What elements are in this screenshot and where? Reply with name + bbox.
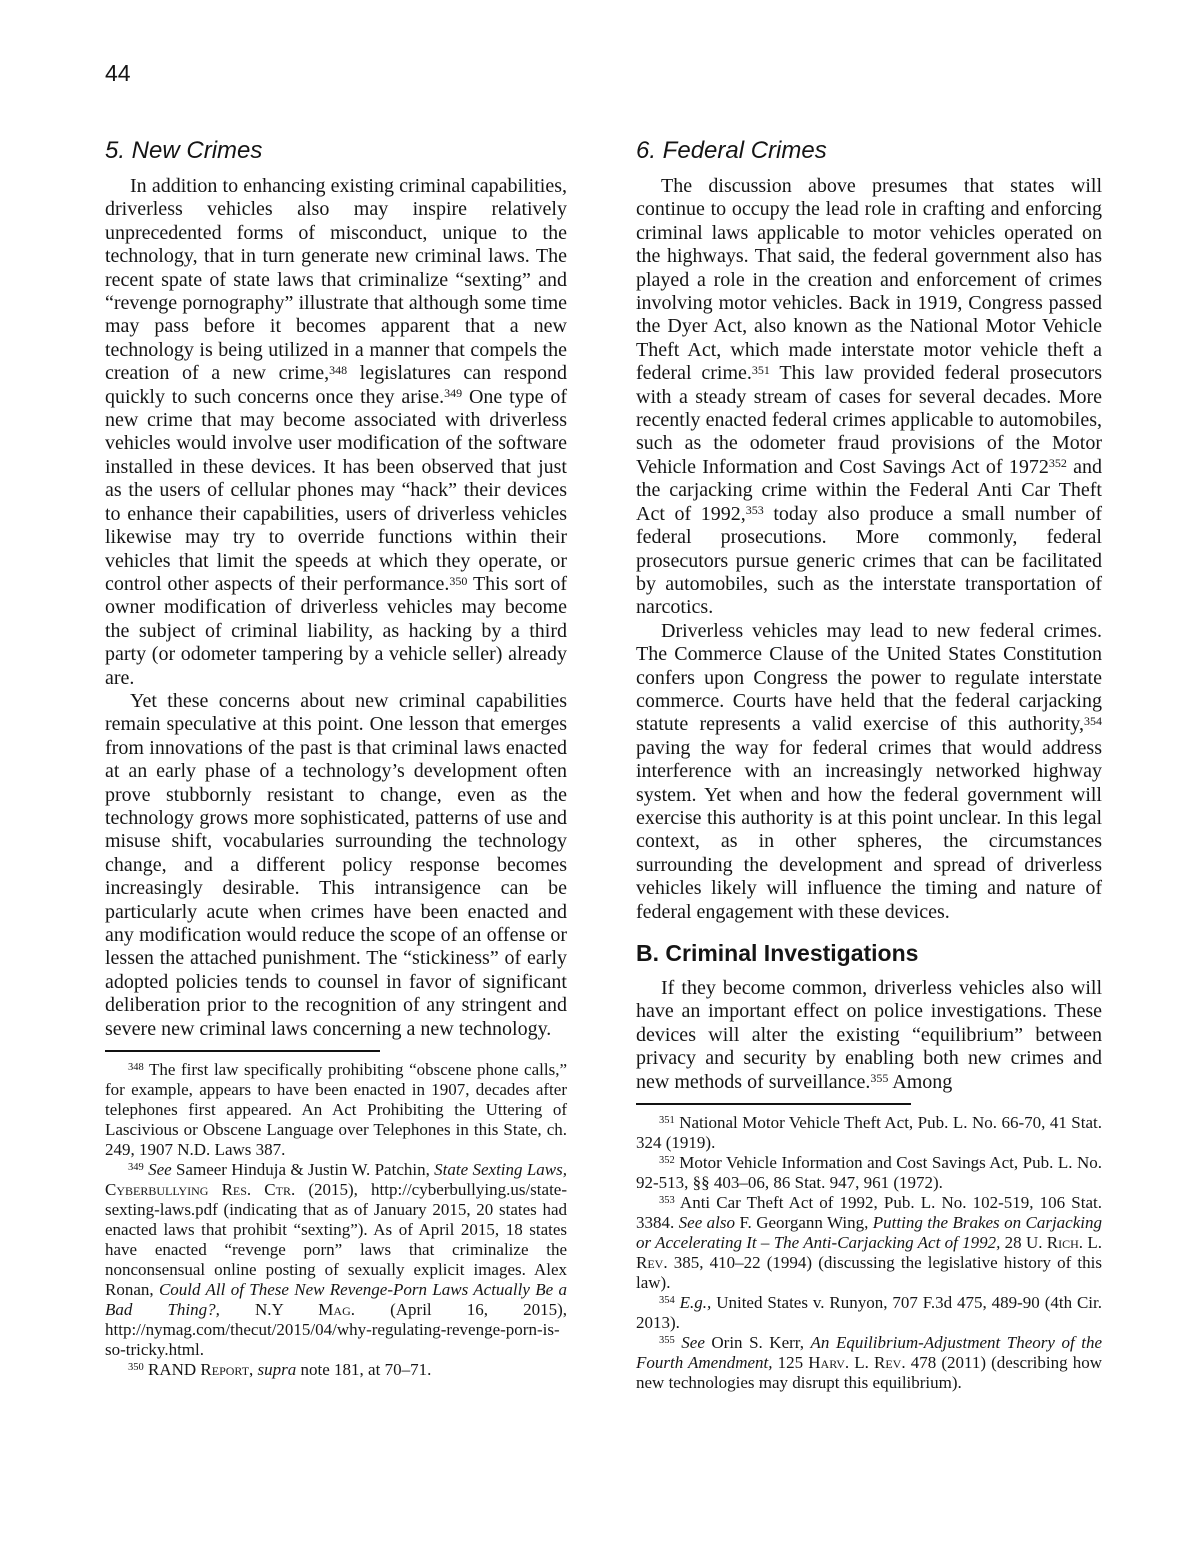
text-run: Yet these concerns about new criminal ca…: [105, 690, 567, 1040]
footnote-marker: 350: [449, 574, 467, 588]
text-run: RAND Report: [148, 1360, 249, 1379]
text-run: Rich.: [1047, 1233, 1083, 1252]
text-run: Rev.: [874, 1353, 906, 1372]
document-page: 44 5. New CrimesIn addition to enhancing…: [0, 0, 1200, 1552]
paragraph: If they become common, driverless vehicl…: [636, 977, 1102, 1094]
text-run: Rev.: [636, 1253, 668, 1272]
footnote: 349 See Sameer Hinduja & Justin W. Patch…: [105, 1160, 567, 1360]
text-run: Mag.: [318, 1300, 355, 1319]
footnote-separator-rule: [105, 1050, 380, 1052]
text-run: E.g.,: [680, 1293, 712, 1312]
text-run: If they become common, driverless vehicl…: [636, 977, 1102, 1093]
text-run: Harv.: [808, 1353, 849, 1372]
footnote-marker: 350: [128, 1362, 144, 1373]
footnote: 352 Motor Vehicle Information and Cost S…: [636, 1153, 1102, 1193]
text-run: F. Georgann Wing,: [735, 1213, 873, 1232]
text-run: Orin S. Kerr,: [705, 1333, 811, 1352]
page-number: 44: [105, 60, 131, 87]
footnote-marker: 354: [659, 1295, 675, 1306]
subsection-heading: 5. New Crimes: [105, 138, 567, 164]
footnote-marker: 353: [659, 1195, 675, 1206]
text-run: In addition to enhancing existing crimin…: [105, 175, 567, 384]
section-heading: B. Criminal Investigations: [636, 941, 1102, 966]
text-run: 28 U.: [1000, 1233, 1046, 1252]
text-run: 6. Federal Crimes: [636, 137, 827, 164]
text-run: 5. New Crimes: [105, 137, 262, 164]
footnote: 354 E.g., United States v. Runyon, 707 F…: [636, 1293, 1102, 1333]
text-run: The first law specifically prohibiting “…: [105, 1060, 567, 1159]
footnote: 348 The first law specifically prohibiti…: [105, 1060, 567, 1160]
footnote-marker: 351: [752, 363, 770, 377]
text-run: supra: [258, 1360, 297, 1379]
left-column: 5. New CrimesIn addition to enhancing ex…: [105, 138, 567, 1380]
footnote: 350 RAND Report, supra note 181, at 70–7…: [105, 1360, 567, 1380]
text-run: Driverless vehicles may lead to new fede…: [636, 620, 1102, 736]
footnote-marker: 352: [1049, 456, 1067, 470]
text-run: 125: [773, 1353, 809, 1372]
text-run: Among: [888, 1071, 952, 1093]
text-run: The discussion above presumes that state…: [636, 175, 1102, 384]
footnote-marker: 354: [1084, 714, 1102, 728]
text-run: See: [681, 1333, 705, 1352]
text-run: Sameer Hinduja & Justin W. Patchin,: [172, 1160, 435, 1179]
text-run: L.: [1083, 1233, 1102, 1252]
footnote-marker: 349: [128, 1162, 144, 1173]
footnote: 351 National Motor Vehicle Theft Act, Pu…: [636, 1113, 1102, 1153]
text-run: National Motor Vehicle Theft Act, Pub. L…: [636, 1113, 1102, 1152]
footnote: 353 Anti Car Theft Act of 1992, Pub. L. …: [636, 1193, 1102, 1293]
footnote-marker: 351: [659, 1115, 675, 1126]
text-run: N.Y: [220, 1300, 318, 1319]
text-run: Cyberbullying Res. Ctr.: [105, 1180, 295, 1199]
footnote-marker: 352: [659, 1155, 675, 1166]
paragraph: The discussion above presumes that state…: [636, 175, 1102, 620]
text-run: See: [148, 1160, 172, 1179]
text-run: note 181, at 70–71.: [296, 1360, 431, 1379]
paragraph: In addition to enhancing existing crimin…: [105, 175, 567, 690]
right-column: 6. Federal CrimesThe discussion above pr…: [636, 138, 1102, 1393]
text-run: One type of new crime that may become as…: [105, 386, 567, 595]
text-run: Motor Vehicle Information and Cost Savin…: [636, 1153, 1102, 1192]
footnote-marker: 348: [329, 363, 347, 377]
footnote: 355 See Orin S. Kerr, An Equilibrium-Adj…: [636, 1333, 1102, 1393]
text-run: See also: [679, 1213, 735, 1232]
text-run: 385, 410–22 (1994) (discussing the legis…: [636, 1253, 1102, 1292]
subsection-heading: 6. Federal Crimes: [636, 138, 1102, 164]
footnote-marker: 348: [128, 1062, 144, 1073]
paragraph: Driverless vehicles may lead to new fede…: [636, 620, 1102, 924]
text-run: ,: [249, 1360, 258, 1379]
footnote-separator-rule: [636, 1103, 911, 1105]
text-run: B. Criminal Investigations: [636, 940, 918, 966]
paragraph: Yet these concerns about new criminal ca…: [105, 690, 567, 1041]
text-run: paving the way for federal crimes that w…: [636, 737, 1102, 923]
footnote-marker: 355: [659, 1335, 675, 1346]
footnote-marker: 353: [746, 503, 764, 517]
footnote-marker: 355: [870, 1071, 888, 1085]
footnote-marker: 349: [444, 386, 462, 400]
text-run: State Sexting Laws,: [434, 1160, 567, 1179]
text-run: L.: [849, 1353, 874, 1372]
